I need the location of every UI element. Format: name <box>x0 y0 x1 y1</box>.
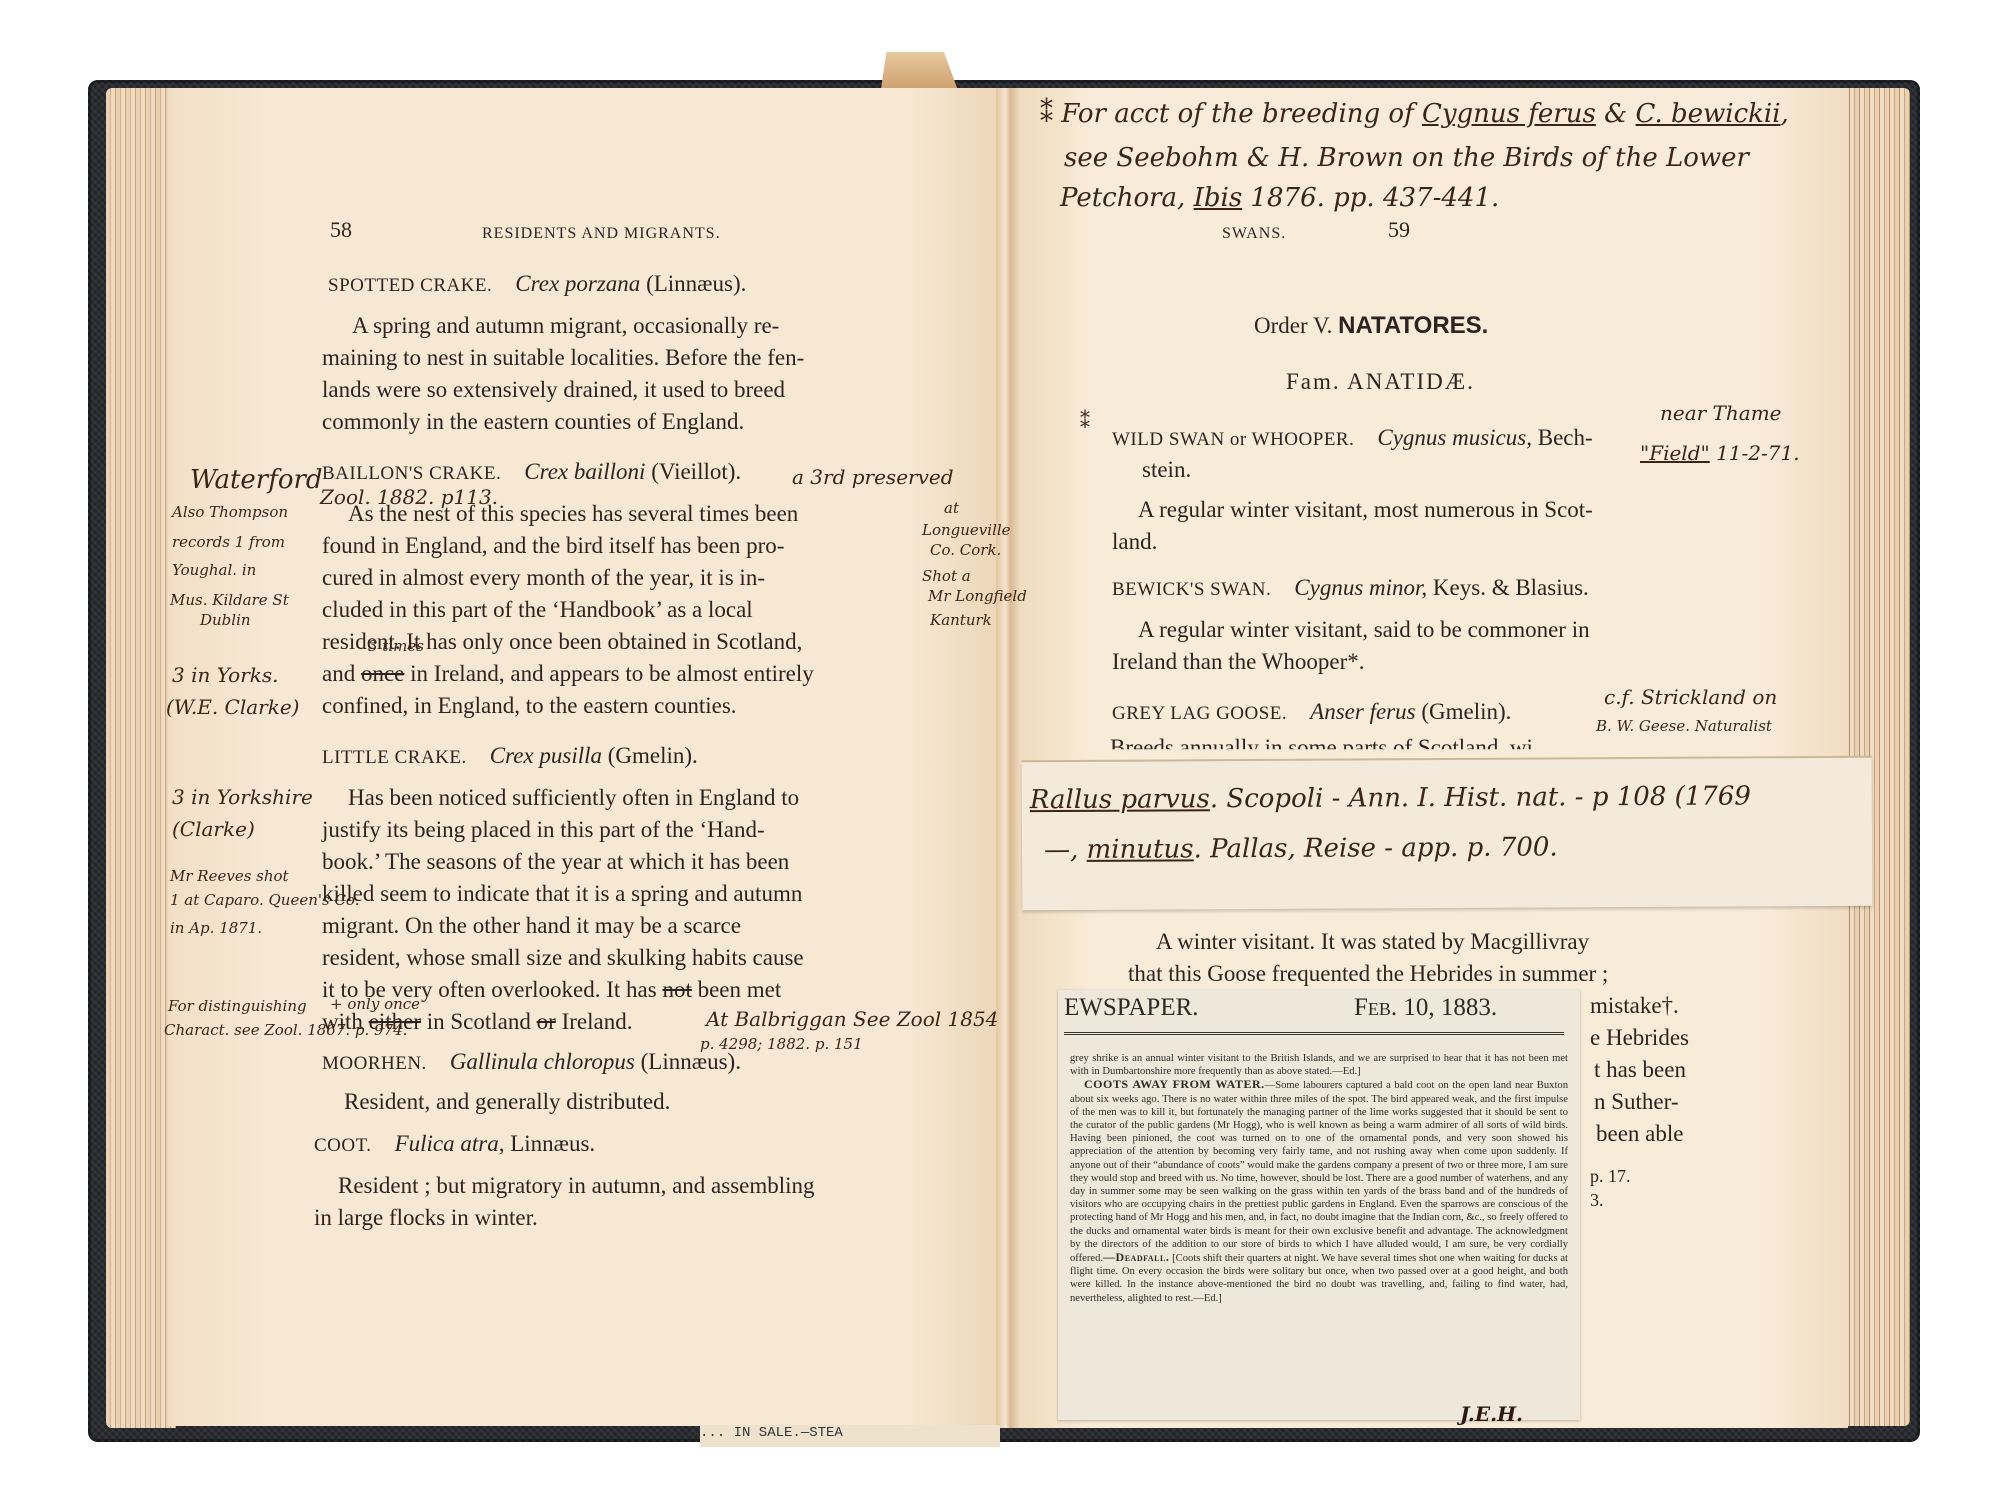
entry-little-crake-heading: LITTLE CRAKE. Crex pusilla (Gmelin). <box>322 740 698 774</box>
clipping-bottom-strip: ... IN SALE.—STEA <box>700 1425 1000 1447</box>
left-page-number: 58 <box>330 214 352 246</box>
text-line: and once in Ireland, and appears to be a… <box>322 658 814 690</box>
annotation-top-note-line2: see Seebohm & H. Brown on the Birds of t… <box>1064 140 1749 176</box>
text-line: lands were so extensively drained, it us… <box>322 374 785 406</box>
handwritten-initials: J.E.H. <box>1460 1402 1523 1426</box>
text-fragment: mistake†. <box>1590 990 1679 1022</box>
left-running-head: RESIDENTS AND MIGRANTS. <box>482 218 721 250</box>
text-line: killed seem to indicate that it is a spr… <box>322 878 802 910</box>
text-line: A winter visitant. It was stated by Macg… <box>1156 926 1589 958</box>
text-fragment: 3. <box>1590 1184 1604 1216</box>
asterism-marker: ⁑ <box>1080 408 1090 434</box>
annotation-for-distinguishing: For distinguishing <box>168 996 307 1016</box>
text-line: commonly in the eastern counties of Engl… <box>322 406 744 438</box>
clipping-article: COOTS AWAY FROM WATER.—Some labourers ca… <box>1070 1078 1568 1304</box>
annotation-third-preserved: a 3rd preserved <box>792 464 954 490</box>
annotation-also-thompson: Also Thompson <box>172 502 288 522</box>
pasted-manuscript-slip: Rallus parvus. Scopoli - Ann. I. Hist. n… <box>1022 758 1873 910</box>
clipping-date: Feb. 10, 1883. <box>1354 994 1497 1022</box>
annotation-clarke: (Clarke) <box>172 816 255 842</box>
book-gutter <box>996 88 1020 1428</box>
text-line: justify its being placed in this part of… <box>322 814 765 846</box>
text-line: book.’ The seasons of the year at which … <box>322 846 789 878</box>
annotation-mr-reeves: Mr Reeves shot <box>170 866 289 886</box>
text-line: Has been noticed sufficiently often in E… <box>348 782 799 814</box>
text-line: Resident, and generally distributed. <box>344 1086 670 1118</box>
annotation-co-cork: Co. Cork. <box>930 540 1001 560</box>
text-line: that this Goose frequented the Hebrides … <box>1128 958 1608 990</box>
clipping-header: EWSPAPER. Feb. 10, 1883. <box>1064 994 1574 1030</box>
annotation-charact-see-zool: Charact. see Zool. 1867. p. 974. <box>164 1020 407 1040</box>
entry-wild-swan-heading: WILD SWAN or WHOOPER. Cygnus musicus, Be… <box>1112 422 1593 456</box>
clipping-rule <box>1064 1032 1564 1035</box>
annotation-top-note-line1: ⁑ For acct of the breeding of Cygnus fer… <box>1040 96 1789 132</box>
clipping-body: grey shrike is an annual winter visitant… <box>1070 1052 1568 1305</box>
text-fragment: t has been <box>1594 1054 1686 1086</box>
entry-grey-lag-goose-heading: GREY LAG GOOSE. Anser ferus (Gmelin). <box>1112 696 1511 730</box>
right-page-number: 59 <box>1388 214 1410 246</box>
family-heading: Fam. ANATIDÆ. <box>1286 366 1475 398</box>
text-line: resident, whose small size and skulking … <box>322 942 804 974</box>
entry-spotted-crake-heading: SPOTTED CRAKE. Crex porzana (Linnæus). <box>328 268 746 302</box>
text-line: As the nest of this species has several … <box>348 498 798 530</box>
annotation-near-thame: near Thame <box>1660 400 1782 426</box>
text-line: found in England, and the bird itself ha… <box>322 530 784 562</box>
annotation-three-times: 3 times <box>368 636 424 656</box>
text-line: in large flocks in winter. <box>314 1202 538 1234</box>
annotation-naturalist: B. W. Geese. Naturalist <box>1596 716 1772 736</box>
annotation-three-in-yorkshire: 3 in Yorkshire <box>172 784 313 810</box>
text-line: Ireland than the Whooper*. <box>1112 646 1364 678</box>
entry-moorhen-heading: MOORHEN. Gallinula chloropus (Linnæus). <box>322 1046 741 1080</box>
text-line: maining to nest in suitable localities. … <box>322 342 804 374</box>
right-running-head: SWANS. <box>1222 218 1286 250</box>
annotation-youghal: Youghal. in <box>172 560 256 580</box>
annotation-top-note-line3: Petchora, Ibis 1876. pp. 437-441. <box>1060 180 1499 216</box>
annotation-caparo: 1 at Caparo. Queen's Co. <box>170 890 359 910</box>
clipping-masthead: EWSPAPER. <box>1064 994 1199 1021</box>
struck-word: not <box>662 977 691 1002</box>
clipping-intro: grey shrike is an annual winter visitant… <box>1070 1052 1568 1078</box>
text-line: A regular winter visitant, said to be co… <box>1138 614 1590 646</box>
text-line: Resident ; but migratory in autumn, and … <box>338 1170 815 1202</box>
clipping-headline: COOTS AWAY FROM WATER. <box>1084 1077 1265 1091</box>
text-fragment: been able <box>1596 1118 1683 1150</box>
struck-word: once <box>361 661 404 686</box>
entry-bewicks-swan-heading: BEWICK'S SWAN. Cygnus minor, Keys. & Bla… <box>1112 572 1589 606</box>
text-line: A spring and autumn migrant, occasionall… <box>352 310 779 342</box>
annotation-shot-a: Shot a <box>922 566 971 586</box>
newspaper-clipping: EWSPAPER. Feb. 10, 1883. grey shrike is … <box>1058 990 1580 1420</box>
text-line: migrant. On the other hand it may be a s… <box>322 910 741 942</box>
text-line: A regular winter visitant, most numerous… <box>1138 494 1593 526</box>
annotation-april-1871: in Ap. 1871. <box>170 918 262 938</box>
annotation-longueville: Longueville <box>922 520 1011 540</box>
text-line: confined, in England, to the eastern cou… <box>322 690 737 722</box>
text-line: land. <box>1112 526 1157 558</box>
annotation-strickland: c.f. Strickland on <box>1604 684 1777 710</box>
text-fragment: n Suther- <box>1594 1086 1679 1118</box>
struck-word: or <box>537 1009 556 1034</box>
annotation-mus-kildare: Mus. Kildare St <box>170 590 289 610</box>
annotation-dublin: Dublin <box>200 610 251 630</box>
annotation-field-date: "Field" 11-2-71. <box>1640 440 1800 466</box>
order-heading: Order V. NATATORES. <box>1254 310 1488 342</box>
slip-line-2: —, minutus. Pallas, Reise - app. p. 700. <box>1044 829 1558 868</box>
annotation-records-from: records 1 from <box>172 532 285 552</box>
clipping-byline: —Deadfall. <box>1103 1250 1169 1264</box>
annotation-we-clarke: (W.E. Clarke) <box>166 694 299 720</box>
text-line: cured in almost every month of the year,… <box>322 562 765 594</box>
annotation-at: at <box>944 498 959 518</box>
page-edges-left <box>106 88 176 1428</box>
annotation-three-in-yorks: 3 in Yorks. <box>172 662 279 688</box>
entry-coot-heading: COOT. Fulica atra, Linnæus. <box>314 1128 595 1162</box>
text-line: cluded in this part of the ‘Handbook’ as… <box>322 594 753 626</box>
text-line: stein. <box>1142 454 1191 486</box>
annotation-waterford: Waterford <box>190 462 323 498</box>
annotation-at-balbriggan: At Balbriggan See Zool 1854 <box>706 1006 998 1032</box>
slip-line-1: Rallus parvus. Scopoli - Ann. I. Hist. n… <box>1030 778 1751 818</box>
annotation-mr-longfield: Mr Longfield <box>928 586 1027 606</box>
annotation-kanturk: Kanturk <box>930 610 992 630</box>
text-fragment: e Hebrides <box>1590 1022 1689 1054</box>
